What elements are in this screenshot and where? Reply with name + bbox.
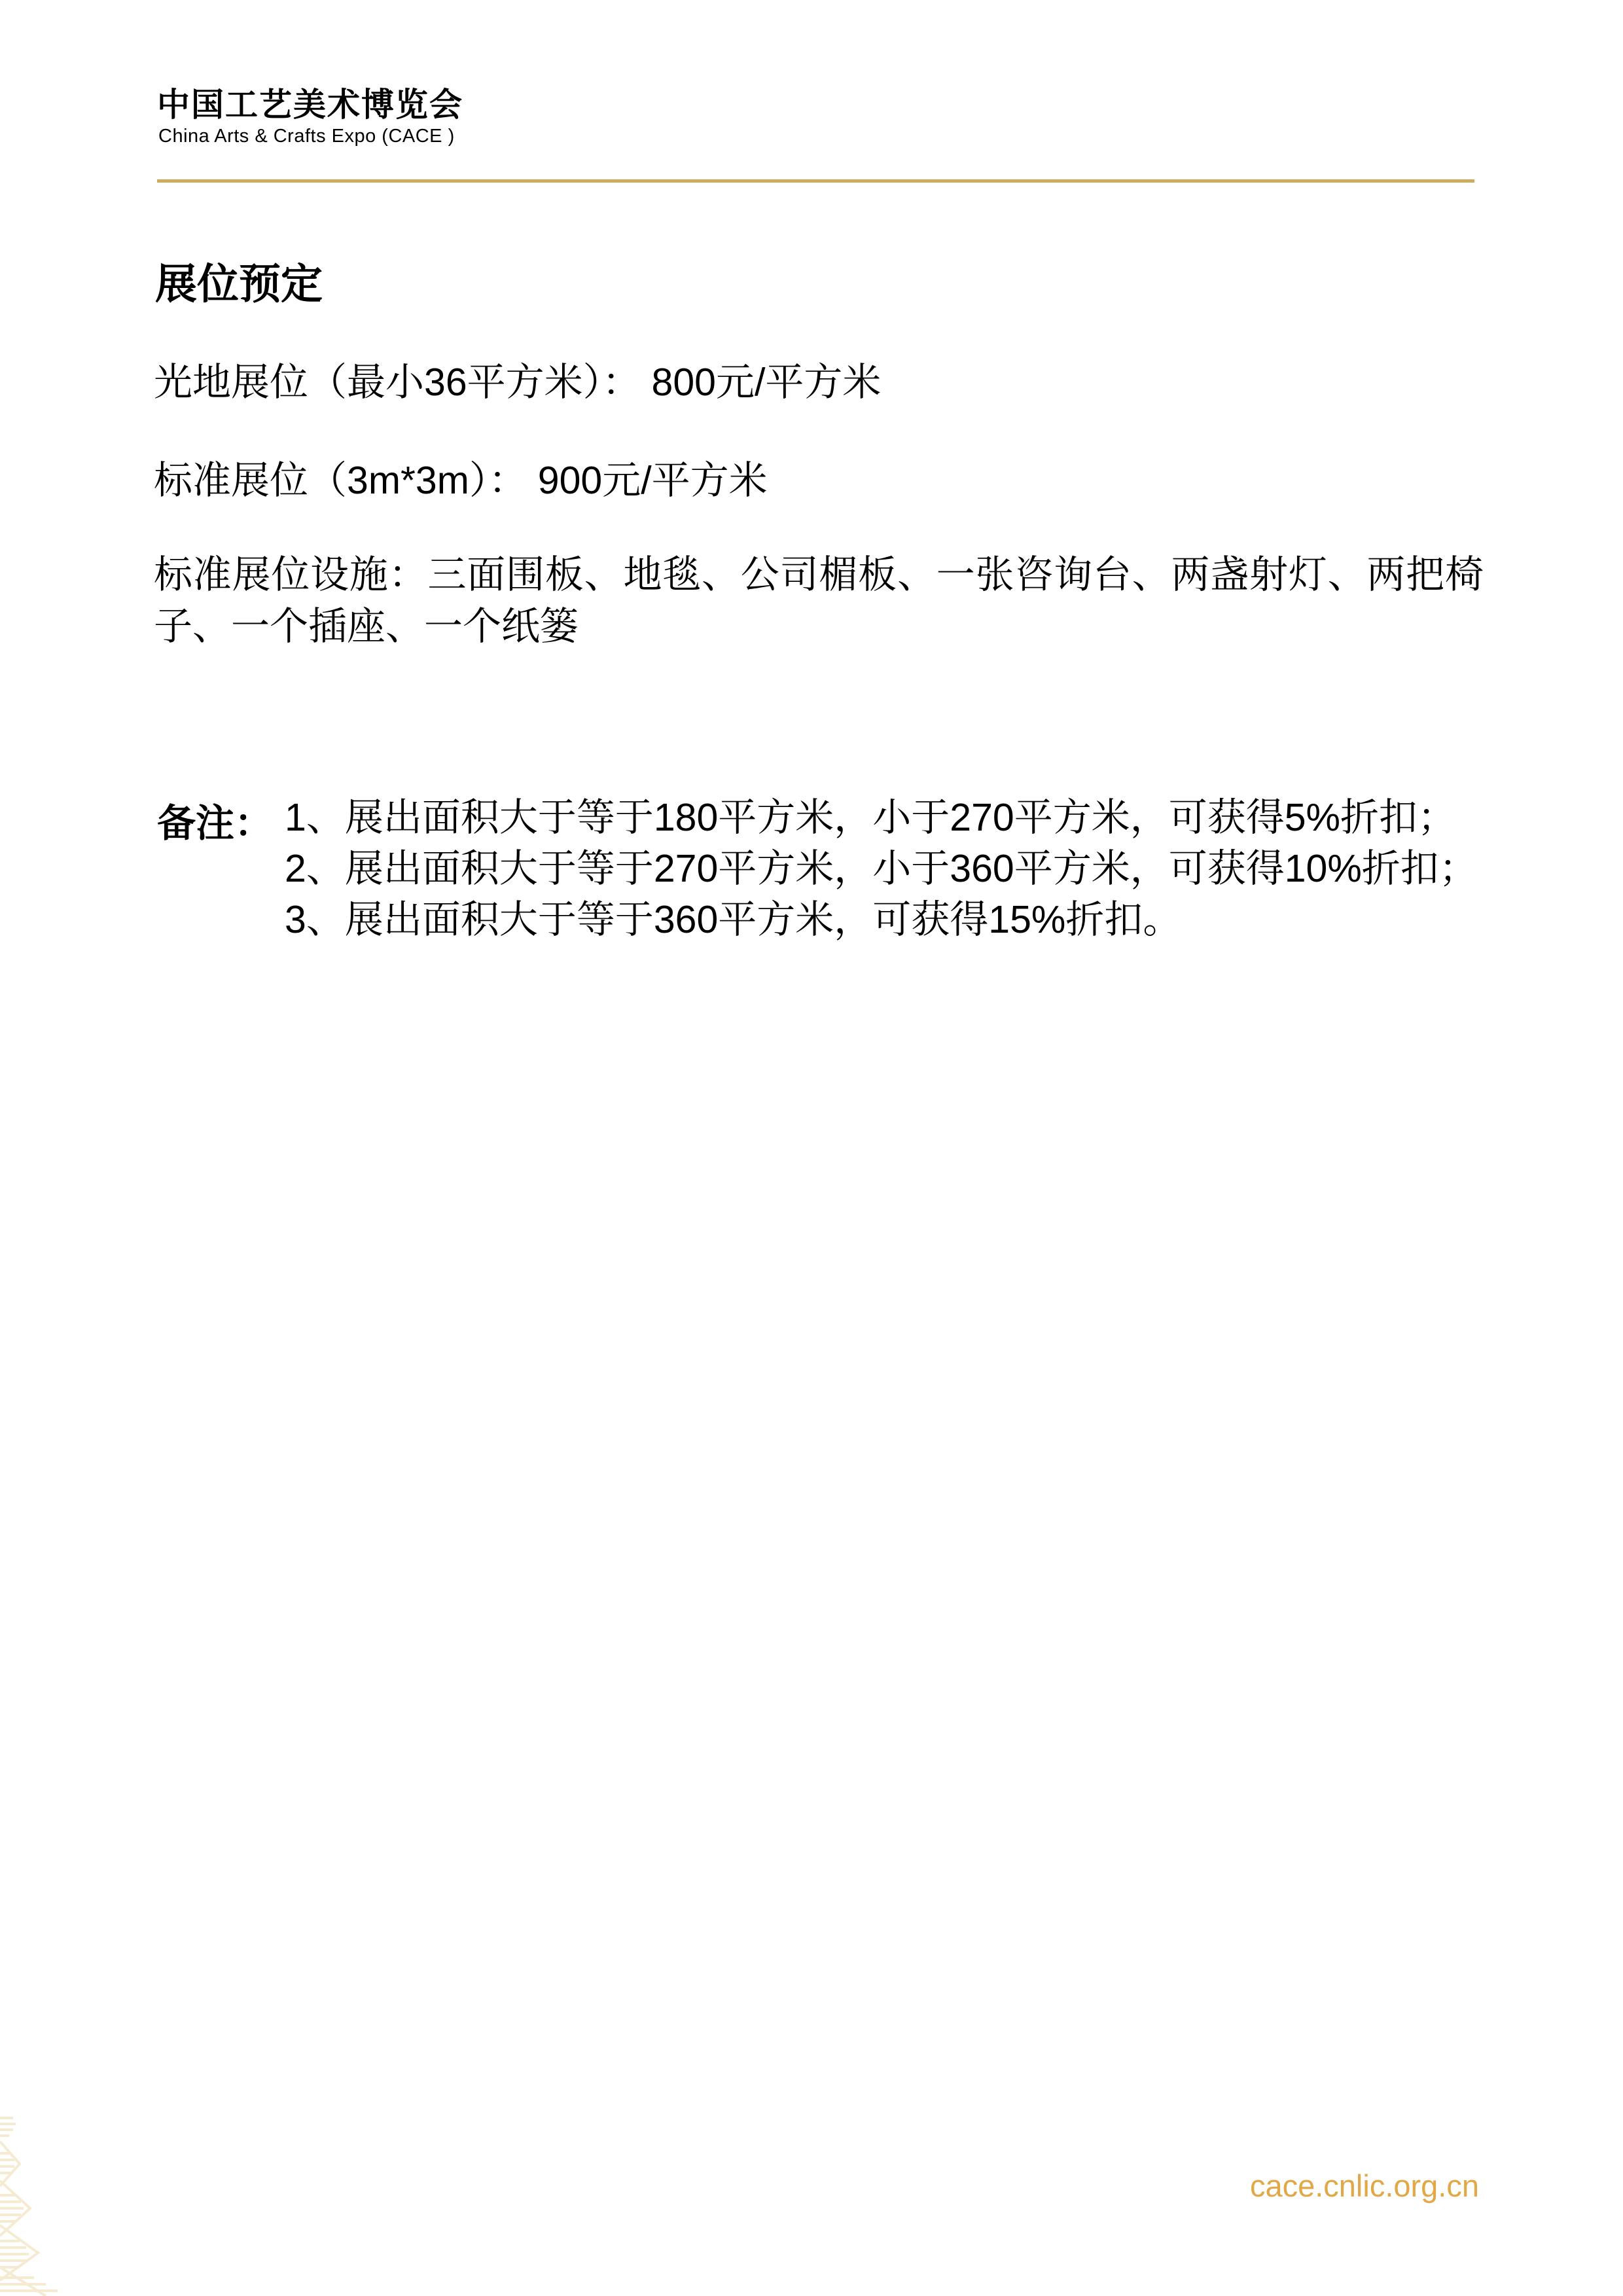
corner-ornament-pattern [0, 2113, 72, 2296]
header-divider-rule [157, 179, 1474, 183]
remark-item-2: 2、展出面积大于等于270平方米，小于360平方米，可获得10%折扣； [285, 843, 1478, 894]
remark-item-1: 1、展出面积大于等于180平方米，小于270平方米，可获得5%折扣； [285, 792, 1478, 843]
remark-item-3: 3、展出面积大于等于360平方米，可获得15%折扣。 [285, 894, 1478, 945]
website-link[interactable]: cace.cnlic.org.cn [1250, 2168, 1479, 2204]
standard-booth-facilities-line: 标准展位设施：三面围板、地毯、公司楣板、一张咨询台、两盏射灯、两把椅子、一个插座… [154, 549, 1484, 653]
remarks-items: 1、展出面积大于等于180平方米，小于270平方米，可获得5%折扣； 2、展出面… [285, 792, 1478, 945]
document-page: 中国工艺美术博览会 China Arts & Crafts Expo (CACE… [0, 0, 1623, 2296]
remarks-label: 备注： [157, 792, 273, 848]
raw-space-booth-price-line: 光地展位（最小36平方米）： 800元/平方米 [154, 351, 881, 406]
expo-logo-title-zh: 中国工艺美术博览会 [157, 79, 463, 126]
standard-booth-price-line: 标准展位（3m*3m）： 900元/平方米 [154, 449, 768, 505]
expo-logo-subtitle-en: China Arts & Crafts Expo (CACE ) [158, 126, 455, 147]
page-title: 展位预定 [155, 251, 323, 311]
